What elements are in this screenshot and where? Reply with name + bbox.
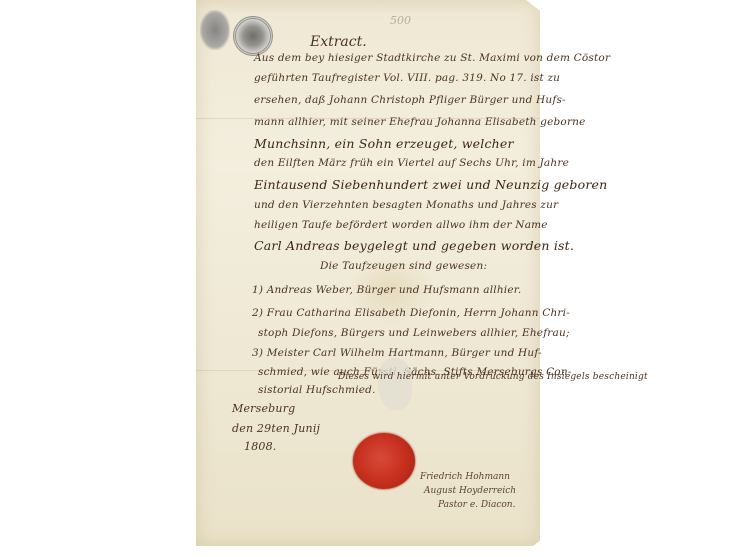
wax-remnant (378, 358, 412, 410)
body-line: ersehen, daß Johann Christoph Pfliger Bü… (254, 94, 566, 106)
signature-line: Friedrich Hohmann (420, 470, 516, 484)
body-line: Carl Andreas beygelegt und gegeben worde… (254, 238, 574, 253)
round-ink-stamp-icon (233, 16, 273, 56)
red-wax-seal-icon (353, 433, 415, 489)
godparent-line: stoph Diefons, Bürgers und Leinwebers al… (258, 327, 570, 339)
archive-number: 500 (390, 14, 411, 27)
godparent-line: 1) Andreas Weber, Bürger und Hufsmann al… (252, 284, 521, 296)
godparents-heading: Die Taufzeugen sind gewesen: (320, 260, 487, 272)
body-line: den Eilften März früh ein Viertel auf Se… (254, 157, 569, 169)
date-line: den 29ten Junij (232, 422, 320, 435)
document-title: Extract. (310, 34, 367, 50)
body-line: Munchsinn, ein Sohn erzeuget, welcher (254, 136, 514, 151)
body-line: geführten Taufregister Vol. VIII. pag. 3… (254, 72, 560, 84)
body-line: heiligen Taufe befördert worden allwo ih… (254, 219, 548, 231)
body-line: Eintausend Siebenhundert zwei und Neunzi… (254, 177, 607, 192)
body-line: mann allhier, mit seiner Ehefrau Johanna… (254, 116, 586, 128)
signature-line: Pastor e. Diacon. (420, 498, 516, 512)
signature-line: August Hoyderreich (420, 484, 516, 498)
place-name: Merseburg (232, 402, 295, 415)
attestation-line: Dieses wird hiermit unter Vordrückung de… (338, 372, 648, 382)
coat-of-arms-stamp-icon (200, 10, 230, 50)
body-line: Aus dem bey hiesiger Stadtkirche zu St. … (254, 52, 610, 64)
godparent-line: 2) Frau Catharina Elisabeth Diefonin, He… (252, 307, 570, 319)
godparent-line: sistorial Hufschmied. (258, 384, 376, 396)
body-line: und den Vierzehnten besagten Monaths und… (254, 199, 558, 211)
signature-block: Friedrich Hohmann August Hoyderreich Pas… (420, 470, 516, 512)
year-line: 1808. (244, 440, 277, 453)
